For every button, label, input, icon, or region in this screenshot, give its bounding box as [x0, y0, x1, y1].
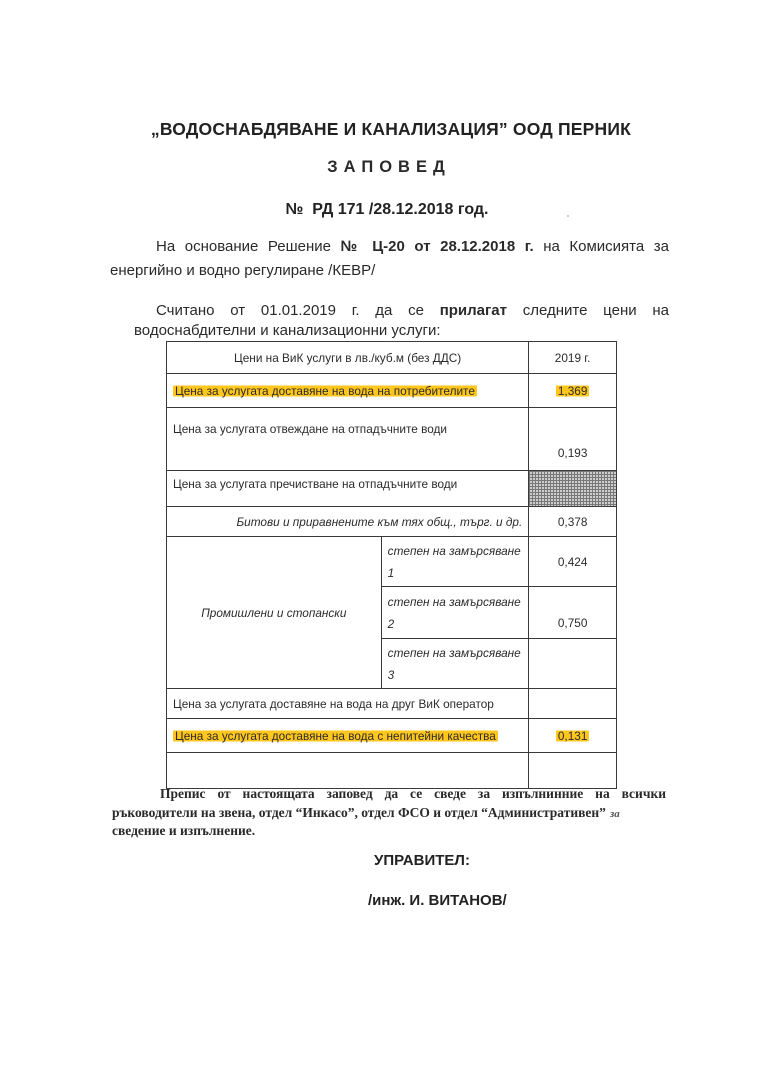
level-label: степен на замърсяване 2 — [381, 587, 529, 639]
decision-reference: № Ц-20 от 28.12.2018 г. — [341, 238, 534, 255]
effective-verb: прилагат — [440, 302, 507, 319]
table-header-row: Цени на ВиК услуги в лв./куб.м (без ДДС)… — [167, 342, 617, 374]
row-value: 0,131 — [529, 719, 617, 753]
distribution-line3: сведение и изпълнение. — [112, 823, 255, 839]
effective-text: Считано от 01.01.2019 г. да се — [156, 302, 424, 319]
level-label: степен на замърсяване 1 — [381, 537, 529, 587]
price-table: Цени на ВиК услуги в лв./куб.м (без ДДС)… — [166, 341, 617, 789]
row-label: Цена за услугата доставяне на вода с неп… — [167, 719, 529, 753]
row-value — [529, 753, 617, 789]
signature-name: /инж. И. ВИТАНОВ/ — [368, 892, 507, 909]
header-label: Цени на ВиК услуги в лв./куб.м (без ДДС) — [167, 342, 529, 374]
table-row-supply: Цена за услугата доставяне на вода на по… — [167, 374, 617, 408]
row-label: Цена за услугата доставяне на вода на по… — [167, 374, 529, 408]
row-label: Цена за услугата доставяне на вода на др… — [167, 689, 529, 719]
row-value: 0,193 — [529, 408, 617, 471]
row-label — [167, 753, 529, 789]
table-row-empty — [167, 753, 617, 789]
table-row-drainage: Цена за услугата отвеждане на отпадъчнит… — [167, 408, 617, 471]
document-number: № РД 171 /28.12.2018 год. — [0, 201, 768, 219]
row-label: Цена за услугата пречистване на отпадъчн… — [167, 471, 529, 507]
effective-paragraph-line2: водоснабдителни и канализационни услуги: — [134, 322, 441, 339]
industrial-label: Промишлени и стопански — [167, 537, 382, 689]
basis-text-end: на Комисията за — [543, 238, 669, 255]
effective-paragraph-line1: Считано от 01.01.2019 г. да се прилагат … — [156, 302, 669, 319]
distribution-line2: ръководители на звена, отдел “Инкасо”, о… — [112, 805, 620, 821]
document-type: ЗАПОВЕД — [0, 158, 768, 177]
header-year: 2019 г. — [529, 342, 617, 374]
level-value: 0,750 — [529, 587, 617, 639]
number-sign: № — [286, 201, 304, 218]
scan-speck — [567, 215, 569, 217]
distribution-line1: Препис от настоящата заповед да се сведе… — [160, 786, 666, 802]
hatched-cell — [529, 471, 617, 507]
table-row-household: Битови и приравнените към тях общ., търг… — [167, 507, 617, 537]
highlighted-value: 1,369 — [556, 384, 590, 398]
table-row-non-potable: Цена за услугата доставяне на вода с неп… — [167, 719, 617, 753]
handwritten-mark: за — [610, 808, 620, 820]
highlighted-label: Цена за услугата доставяне на вода на по… — [173, 384, 477, 398]
effective-text-end: следните цени на — [523, 302, 669, 319]
order-number: РД 171 /28.12.2018 год. — [312, 201, 488, 218]
row-value: 1,369 — [529, 374, 617, 408]
table-row-industrial-level1: Промишлени и стопански степен на замърся… — [167, 537, 617, 587]
basis-text: На основание Решение — [156, 238, 331, 255]
signature-title: УПРАВИТЕЛ: — [374, 852, 470, 869]
row-value: 0,378 — [529, 507, 617, 537]
level-value: 0,424 — [529, 537, 617, 587]
level-value — [529, 639, 617, 689]
highlighted-label: Цена за услугата доставяне на вода с неп… — [173, 729, 498, 743]
table-row-treatment: Цена за услугата пречистване на отпадъчн… — [167, 471, 617, 507]
basis-paragraph-line2: енергийно и водно регулиране /КЕВР/ — [110, 262, 375, 279]
basis-paragraph-line1: На основание Решение № Ц-20 от 28.12.201… — [156, 238, 669, 255]
level-label: степен на замърсяване 3 — [381, 639, 529, 689]
table-row-other-operator: Цена за услугата доставяне на вода на др… — [167, 689, 617, 719]
distribution-text: ръководители на звена, отдел “Инкасо”, о… — [112, 805, 606, 820]
row-label: Битови и приравнените към тях общ., търг… — [167, 507, 529, 537]
organization-name: „ВОДОСНАБДЯВАНЕ И КАНАЛИЗАЦИЯ” ООД ПЕРНИ… — [0, 119, 768, 140]
row-value — [529, 689, 617, 719]
row-label: Цена за услугата отвеждане на отпадъчнит… — [167, 408, 529, 471]
highlighted-value: 0,131 — [556, 729, 590, 743]
